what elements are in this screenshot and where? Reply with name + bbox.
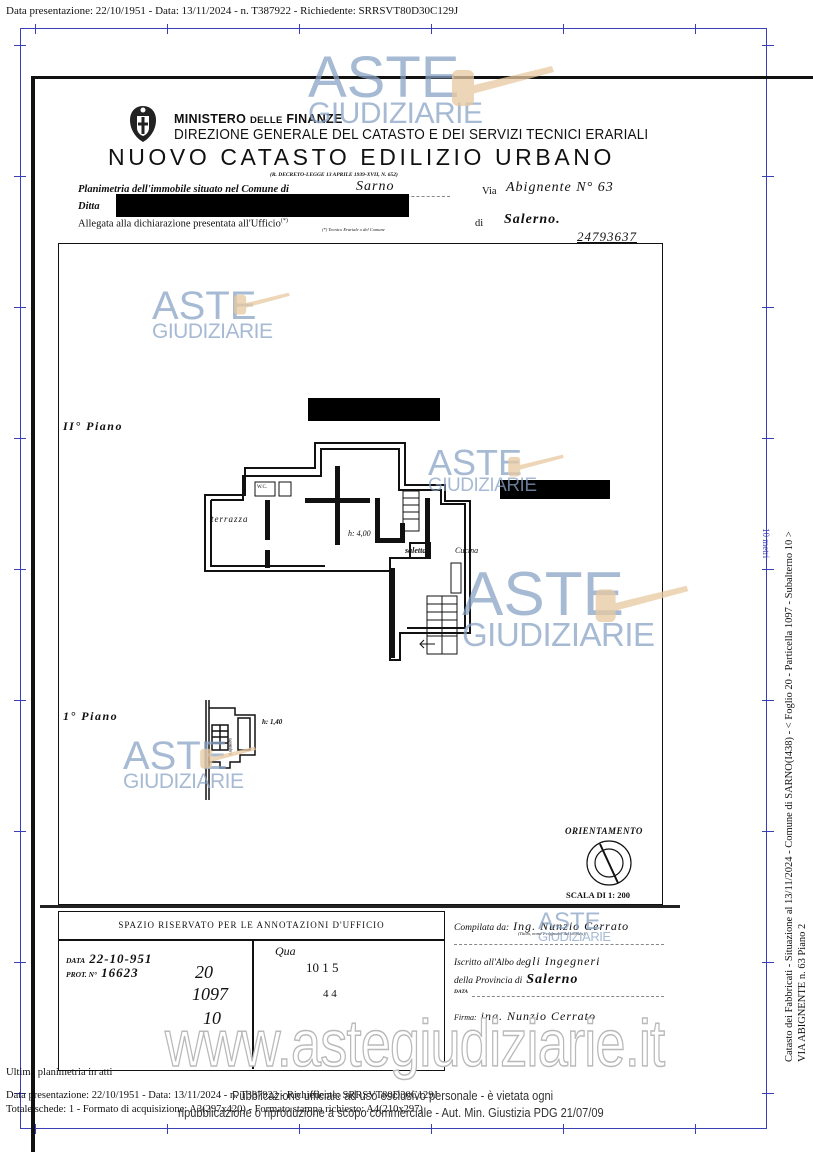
ditta-label: Ditta [78, 201, 100, 212]
publication-notice-1: Pubblicazione ufficiale ad uso esclusivo… [232, 1088, 553, 1103]
compass-icon [584, 838, 634, 888]
scale-bar-label: 10 metri [761, 528, 771, 558]
footnote-mark: (*) [281, 218, 288, 224]
compilata-label: Compilata da: [454, 923, 509, 933]
annotation-foglio: 20 [195, 962, 213, 983]
annotation-prot-row: PROT. N° 16623 [66, 964, 139, 982]
albo-label: Iscritto all'Albo de [454, 958, 525, 968]
gavel-icon [506, 450, 566, 480]
room-label-cucina: Cucina [455, 546, 478, 555]
compilata-date-label: DATA [454, 989, 468, 995]
orientation-title: ORIENTAMENTO [565, 826, 643, 836]
watermark-website: www.astegiudiziarie.it [165, 1005, 664, 1081]
annotation-prot-label: PROT. N° [66, 970, 97, 979]
via-value: Abignente N° 63 [506, 180, 614, 196]
coat-of-arms-icon [127, 104, 159, 144]
redacted-owner [116, 194, 409, 217]
watermark-giudiziarie-text: GIUDIZIARIE [538, 932, 611, 943]
frame-tick [762, 45, 774, 46]
annotation-note-a: Qua [275, 944, 296, 959]
document-title: NUOVO CATASTO EDILIZIO URBANO [108, 144, 615, 171]
room-label-terrazza: terrazza [211, 514, 249, 524]
frame-tick [431, 24, 432, 34]
room-label-saletta: saletta [405, 546, 426, 555]
comune-value: Sarno [356, 179, 394, 195]
frame-tick [35, 24, 36, 34]
frame-tick [167, 24, 168, 34]
compilata-divider [454, 944, 664, 945]
gavel-icon [448, 60, 558, 110]
gavel-icon [198, 742, 258, 772]
annotation-note-c: 4 4 [323, 988, 337, 1000]
frame-tick [14, 176, 26, 177]
footnote: (*) Tecnico Erariale o del Comune [322, 227, 385, 232]
publication-notice-2: ripubblicazione o riproduzione a scopo c… [178, 1105, 604, 1120]
ministry-name-a: MINISTERO [174, 112, 246, 126]
provincia-value: Salerno [526, 972, 578, 987]
footer-last-plan: Ultima planimetria in atti [6, 1067, 112, 1078]
gavel-icon [592, 578, 692, 628]
room-label-wc: W.C. [257, 485, 267, 490]
watermark-giudiziarie-text: GIUDIZIARIE [123, 773, 244, 790]
annotation-note-b: 10 1 5 [306, 960, 339, 976]
decree-reference: (R. DECRETO-LEGGE 13 APRILE 1939-XVII, N… [270, 172, 398, 178]
watermark-giudiziarie-text: GIUDIZIARIE [152, 323, 273, 340]
floor1-height: h: 1,40 [262, 718, 282, 726]
compilata-date-line [472, 996, 664, 997]
via-label: Via [482, 186, 497, 197]
room-height-level2: h: 4,00 [348, 529, 371, 538]
allegata-text: Allegata alla dichiarazione presentata a… [78, 219, 281, 230]
provincia-row: della Provincia di Salerno [454, 970, 578, 988]
frame-tick [14, 700, 26, 701]
floor2-label: II° Piano [63, 419, 123, 434]
redacted-neighbor-north [308, 398, 440, 421]
frame-tick [14, 831, 26, 832]
cadastre-situation-text: Catasto dei Fabbricati - Situazione al 1… [784, 531, 795, 1062]
frame-tick [299, 24, 300, 34]
frame-tick [14, 45, 26, 46]
watermark-aste-bottom-right: ASTE GIUDIZIARIE [538, 912, 611, 942]
cadastre-address-text: VIA ABIGNENTE n. 63 Piano 2 [797, 924, 808, 1062]
albo-value: gli Ingegneri [525, 954, 600, 968]
frame-tick [695, 24, 696, 34]
gavel-icon [232, 288, 292, 318]
provincia-label: della Provincia di [454, 976, 522, 986]
ministry-name-b: DELLE [250, 115, 283, 126]
frame-tick [563, 24, 564, 34]
request-header: Data presentazione: 22/10/1951 - Data: 1… [6, 5, 458, 17]
annotation-particella: 1097 [192, 984, 228, 1005]
frame-tick [14, 569, 26, 570]
di-label: di [475, 218, 483, 229]
floor1-label: 1° Piano [63, 709, 118, 724]
frame-tick [14, 438, 26, 439]
office-annotations-title: SPAZIO RISERVATO PER LE ANNOTAZIONI D'UF… [58, 920, 445, 930]
albo-row: Iscritto all'Albo degli Ingegneri [454, 952, 601, 970]
ufficio-value: Salerno. [504, 212, 561, 228]
allegata-label: Allegata alla dichiarazione presentata a… [78, 218, 288, 230]
frame-tick [14, 962, 26, 963]
annotation-prot-value: 16623 [101, 965, 139, 980]
scale-label: SCALA DI 1: 200 [566, 890, 630, 900]
frame-tick [14, 307, 26, 308]
